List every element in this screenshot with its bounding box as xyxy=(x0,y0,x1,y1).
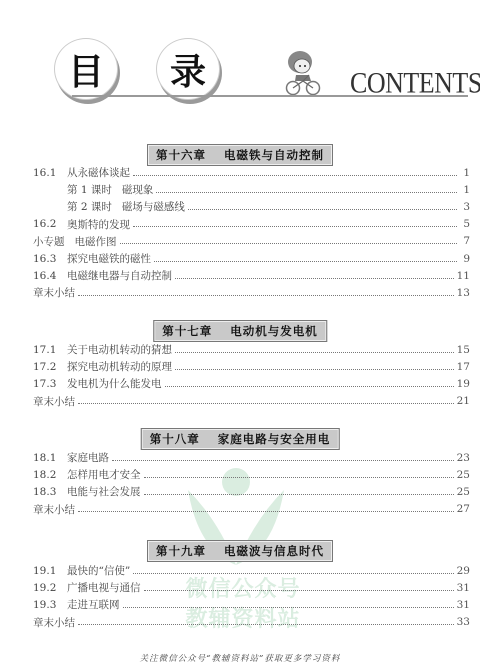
section-number: 18.1 xyxy=(33,452,67,464)
dot-leader xyxy=(165,385,454,387)
chapter-number: 第十六章 xyxy=(156,148,206,162)
page-number: 29 xyxy=(457,565,470,577)
toc-entry[interactable]: 18.1 家庭电路 23 xyxy=(33,449,470,466)
section-title: 章末小结 xyxy=(33,615,75,630)
toc-entry[interactable]: 17.3 发电机为什么能发电 19 xyxy=(33,375,470,392)
dot-leader xyxy=(133,174,457,176)
dot-leader xyxy=(133,572,453,574)
toc-entry[interactable]: 19.3 走进互联网 31 xyxy=(33,596,470,613)
chapter-16-toc: 16.1 从永磁体谈起 1 第 1 课时磁现象 1 第 2 课时磁场与磁感线 3… xyxy=(33,164,470,302)
page-number: 25 xyxy=(457,486,470,498)
section-number: 18.3 xyxy=(33,486,67,498)
chapter-number: 第十七章 xyxy=(162,324,212,338)
chapter-title: 家庭电路与安全用电 xyxy=(218,432,331,446)
dot-leader xyxy=(133,225,457,227)
page-number: 15 xyxy=(457,344,470,356)
section-title: 电磁继电器与自动控制 xyxy=(67,268,172,283)
toc-entry[interactable]: 19.2 广播电视与通信 31 xyxy=(33,579,470,596)
chapter-18-heading: 第十八章家庭电路与安全用电 xyxy=(141,428,340,450)
chapter-16-heading: 第十六章电磁铁与自动控制 xyxy=(147,144,333,166)
toc-entry[interactable]: 19.1 最快的“信使” 29 xyxy=(33,562,470,579)
section-number: 17.2 xyxy=(33,361,67,373)
chapter-17-heading: 第十七章电动机与发电机 xyxy=(153,320,327,342)
toc-entry[interactable]: 16.3 探究电磁铁的磁性 9 xyxy=(33,250,470,267)
section-title: 最快的“信使” xyxy=(67,563,130,578)
header-rule xyxy=(72,95,468,97)
dot-leader xyxy=(175,368,454,370)
page-number: 1 xyxy=(460,167,470,179)
section-number: 16.4 xyxy=(33,270,67,282)
page-number: 13 xyxy=(457,287,470,299)
toc-entry-summary[interactable]: 章末小结 13 xyxy=(33,284,470,301)
page-number: 5 xyxy=(460,218,470,230)
chapter-number: 第十九章 xyxy=(156,544,206,558)
chapter-19-heading: 第十九章电磁波与信息时代 xyxy=(147,540,333,562)
page-number: 23 xyxy=(457,452,470,464)
chapter-number: 第十八章 xyxy=(150,432,200,446)
section-title: 从永磁体谈起 xyxy=(67,165,130,180)
page-number: 21 xyxy=(457,395,470,407)
page-number: 9 xyxy=(460,253,470,265)
toc-entry[interactable]: 17.1 关于电动机转动的猜想 15 xyxy=(33,341,470,358)
title-char-mu: 目 xyxy=(54,38,118,100)
page-number: 11 xyxy=(457,270,470,282)
dot-leader xyxy=(175,351,454,353)
title-char-lu: 录 xyxy=(156,38,220,100)
page-number: 27 xyxy=(457,503,470,515)
toc-entry-summary[interactable]: 章末小结 27 xyxy=(33,501,470,518)
chapter-title: 电磁波与信息时代 xyxy=(224,544,324,558)
section-number: 16.1 xyxy=(33,167,67,179)
page-number: 31 xyxy=(457,599,470,611)
chapter-18-toc: 18.1 家庭电路 23 18.2 怎样用电才安全 25 18.3 电能与社会发… xyxy=(33,449,470,518)
dot-leader xyxy=(112,459,454,461)
section-title: 探究电磁铁的磁性 xyxy=(67,251,151,266)
section-title: 走进互联网 xyxy=(67,597,120,612)
page-number: 31 xyxy=(457,582,470,594)
toc-entry[interactable]: 18.3 电能与社会发展 25 xyxy=(33,483,470,500)
toc-header: 目 录 CONTENTS xyxy=(0,0,480,110)
section-number: 19.2 xyxy=(33,582,67,594)
dot-leader xyxy=(144,476,454,478)
section-title: 章末小结 xyxy=(33,394,75,409)
page-number: 19 xyxy=(457,378,470,390)
section-number: 17.1 xyxy=(33,344,67,356)
dot-leader xyxy=(144,493,454,495)
dot-leader xyxy=(120,242,458,244)
dot-leader xyxy=(78,510,454,512)
section-number: 16.3 xyxy=(33,253,67,265)
dot-leader xyxy=(144,589,454,591)
chapter-title: 电磁铁与自动控制 xyxy=(224,148,324,162)
section-number: 17.3 xyxy=(33,378,67,390)
section-title: 小专题电磁作图 xyxy=(33,234,117,249)
dot-leader xyxy=(154,260,457,262)
dot-leader xyxy=(78,402,454,404)
dot-leader xyxy=(123,606,454,608)
topic-label: 小专题 xyxy=(33,236,65,248)
chapter-17-toc: 17.1 关于电动机转动的猜想 15 17.2 探究电动机转动的原理 17 17… xyxy=(33,341,470,410)
toc-entry[interactable]: 18.2 怎样用电才安全 25 xyxy=(33,466,470,483)
section-number: 18.2 xyxy=(33,469,67,481)
page-number: 25 xyxy=(457,469,470,481)
page-number: 33 xyxy=(457,616,470,628)
dot-leader xyxy=(175,277,454,279)
girl-on-bicycle-icon xyxy=(283,48,323,96)
section-title: 广播电视与通信 xyxy=(67,580,141,595)
page-number: 7 xyxy=(460,235,470,247)
section-title: 第 1 课时磁现象 xyxy=(67,182,153,197)
section-number: 19.3 xyxy=(33,599,67,611)
toc-entry[interactable]: 16.2 奥斯特的发现 5 xyxy=(33,216,470,233)
page-number: 17 xyxy=(457,361,470,373)
toc-entry-summary[interactable]: 章末小结 21 xyxy=(33,393,470,410)
toc-entry[interactable]: 第 1 课时磁现象 1 xyxy=(33,181,470,198)
section-title: 怎样用电才安全 xyxy=(67,467,141,482)
dot-leader xyxy=(188,208,457,210)
chapter-title: 电动机与发电机 xyxy=(230,324,318,338)
section-title: 关于电动机转动的猜想 xyxy=(67,342,172,357)
toc-entry-summary[interactable]: 章末小结 33 xyxy=(33,614,470,631)
toc-entry[interactable]: 17.2 探究电动机转动的原理 17 xyxy=(33,358,470,375)
section-title: 发电机为什么能发电 xyxy=(67,376,162,391)
chapter-19-toc: 19.1 最快的“信使” 29 19.2 广播电视与通信 31 19.3 走进互… xyxy=(33,562,470,631)
section-title: 第 2 课时磁场与磁感线 xyxy=(67,199,185,214)
toc-entry[interactable]: 第 2 课时磁场与磁感线 3 xyxy=(33,198,470,215)
section-title: 章末小结 xyxy=(33,502,75,517)
lesson-label: 第 1 课时 xyxy=(67,184,112,196)
toc-entry[interactable]: 16.1 从永磁体谈起 1 xyxy=(33,164,470,181)
lesson-label: 第 2 课时 xyxy=(67,201,112,213)
section-title: 章末小结 xyxy=(33,285,75,300)
footer-note: 关注微信公众号“教辅资料站”获取更多学习资料 xyxy=(0,652,480,664)
section-title: 家庭电路 xyxy=(67,450,109,465)
dot-leader xyxy=(78,623,454,625)
dot-leader xyxy=(78,294,454,296)
toc-entry[interactable]: 小专题电磁作图 7 xyxy=(33,233,470,250)
dot-leader xyxy=(156,191,457,193)
page-number: 3 xyxy=(460,201,470,213)
section-number: 16.2 xyxy=(33,218,67,230)
section-title: 电能与社会发展 xyxy=(67,484,141,499)
page-number: 1 xyxy=(460,184,470,196)
section-title: 奥斯特的发现 xyxy=(67,217,130,232)
section-number: 19.1 xyxy=(33,565,67,577)
toc-entry[interactable]: 16.4 电磁继电器与自动控制 11 xyxy=(33,267,470,284)
section-title: 探究电动机转动的原理 xyxy=(67,359,172,374)
